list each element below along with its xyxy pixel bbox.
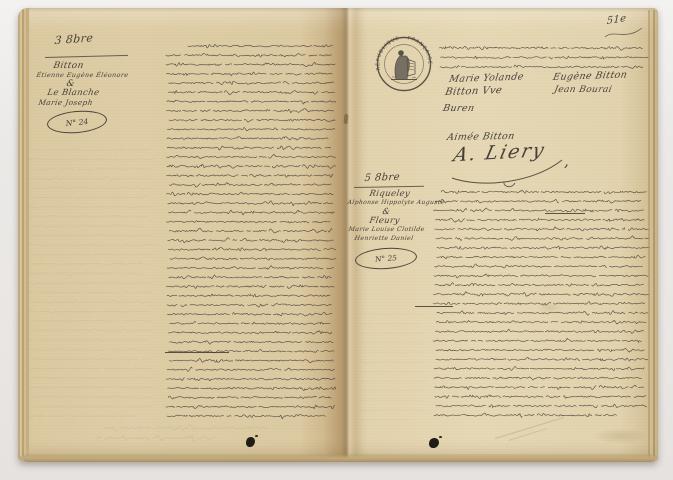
ghost-left-bottom [92, 422, 262, 452]
left-act-groom-given-names: Étienne Eugène Éléonore [36, 72, 129, 78]
left-act-date: 3 8bre [54, 32, 93, 46]
right-act-number-oval: N° 25 [354, 246, 417, 271]
right-act-bride-given-names-line2: Henriette Daniel [354, 236, 414, 242]
left-act-number-oval: N° 24 [46, 108, 108, 135]
right-act-manuscript-text [433, 186, 646, 429]
signature-comma: , [564, 154, 569, 169]
marianne-figure-icon [391, 51, 417, 80]
paper-stain [593, 428, 648, 444]
republique-francaise-stamp: RÉPUBLIQUE · FRANÇAISE [375, 35, 433, 93]
registrar-signature-flourish [446, 144, 576, 190]
page-stack-edge-bottom [22, 454, 656, 462]
right-act-groom-given-names: Alphonse Hippolyte Auguste [347, 200, 445, 206]
gutter-mark [343, 114, 348, 124]
signature-marie-yolande-line3: Buren [442, 104, 475, 114]
left-act-number: N° 24 [65, 117, 88, 128]
left-margin-rule [45, 55, 128, 58]
right-act-bride-surname: Fleury [369, 217, 401, 226]
right-act-date: 5 8bre [364, 173, 400, 184]
signature-eugene-bitton: Eugène Bitton [552, 70, 628, 82]
left-act-bride-surname: Le Blanche [47, 89, 101, 98]
register-book: 3 8bre Bitton Étienne Eugène Éléonore & … [18, 8, 658, 462]
manuscript-underline [165, 352, 229, 353]
stamp-separator: · [402, 35, 405, 41]
left-act-groom-surname: Bitton [52, 62, 84, 71]
left-act-manuscript-text [166, 40, 334, 429]
right-act-bride-given-names-line1: Marie Louise Clotilde [348, 227, 425, 233]
right-margin-rule [354, 186, 424, 188]
signature-jean-bourai: Jean Bourai [553, 86, 613, 95]
signature-marie-yolande-line2: Bitton Vve [444, 86, 503, 98]
scanned-register-photo: 3 8bre Bitton Étienne Eugène Éléonore & … [0, 0, 673, 480]
ink-blot-right-page [429, 438, 439, 448]
ghost-right-low [358, 308, 424, 433]
pencil-scratch [508, 428, 547, 441]
folio-flourish [602, 24, 646, 44]
right-act-groom-surname: Riqueley [369, 190, 411, 199]
signature-marie-yolande-line1: Marie Yolande [448, 72, 524, 84]
right-act-number: N° 25 [375, 253, 397, 264]
left-act-bride-given-names: Marie Joseph [38, 99, 94, 106]
ghost-left-margin [28, 144, 150, 430]
